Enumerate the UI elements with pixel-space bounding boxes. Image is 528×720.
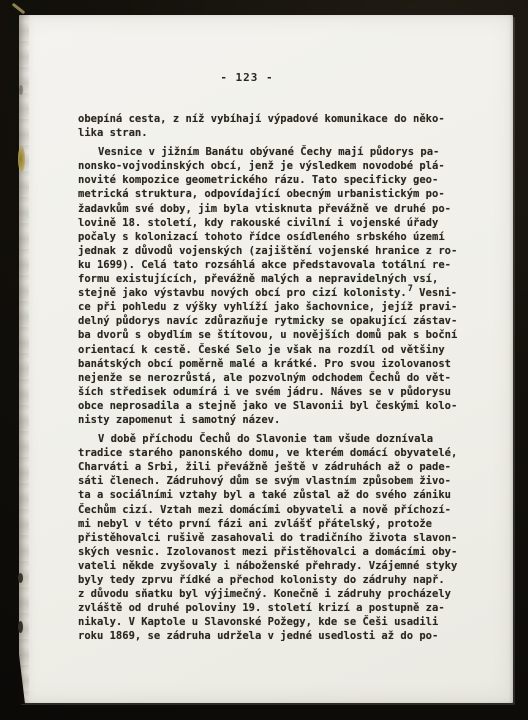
paragraph-text: Vesnice v jižním Banátu obývané Čechy ma… xyxy=(78,146,457,299)
paper-edge-fragment xyxy=(12,3,26,15)
paragraph-banat-villages: Vesnice v jižním Banátu obývané Čechy ma… xyxy=(78,145,480,427)
edge-smudge xyxy=(19,85,23,95)
document-page: - 123 - obepíná cesta, z níž vybíhají vý… xyxy=(19,15,513,703)
text-block: obepíná cesta, z níž vybíhají výpadové k… xyxy=(78,112,480,643)
paragraph-continuation: obepíná cesta, z níž vybíhají výpadové k… xyxy=(78,112,480,140)
paragraph-slavonie-zadruha: V době příchodu Čechů do Slavonie tam vš… xyxy=(78,432,480,643)
edge-spot xyxy=(18,573,23,583)
binding-stain xyxy=(18,146,25,172)
scan-background: - 123 - obepíná cesta, z níž vybíhají vý… xyxy=(0,0,528,720)
paragraph-text: Vesni- ce při pohledu z výšky vyhlíží ja… xyxy=(78,287,457,426)
page-corner-clip xyxy=(18,646,25,704)
edge-spot xyxy=(18,621,23,633)
page-number: - 123 - xyxy=(58,71,436,84)
